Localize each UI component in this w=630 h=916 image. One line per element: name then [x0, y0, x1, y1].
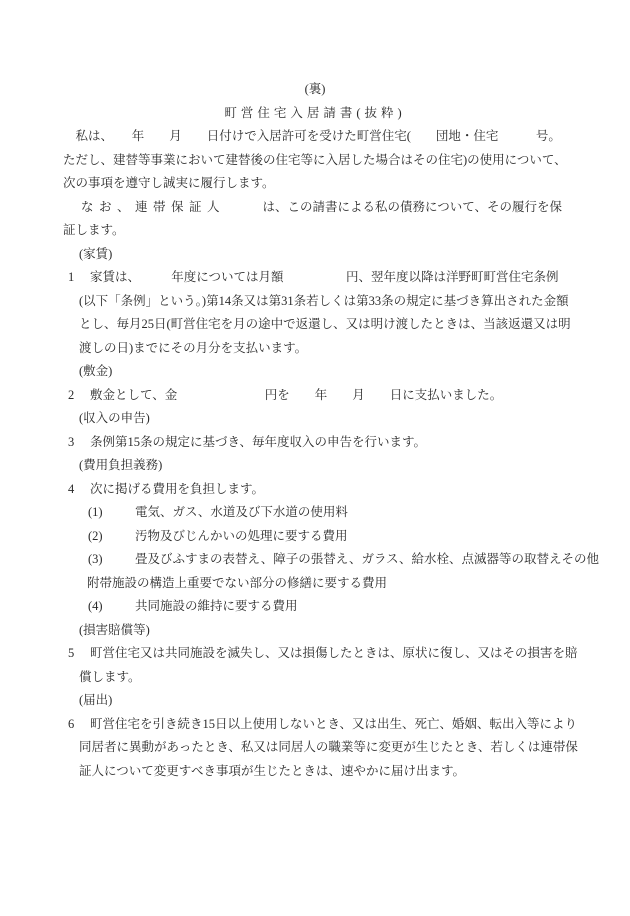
- clause-2-number: 2: [68, 384, 90, 408]
- clause-5-line-1: 5町営住宅又は共同施設を滅失し、又は損傷したときは、原状に復し、又はその損害を賠: [68, 642, 567, 666]
- guarantor-lead: なお、連帯保証人: [63, 200, 225, 214]
- clause-1-line-3: とし、毎月25日(町営住宅を月の途中で返還し、又は明け渡したときは、当該返還又は…: [79, 313, 567, 337]
- clause-4-text: 次に掲げる費用を負担します。: [90, 482, 264, 496]
- clause-4-number: 4: [68, 478, 90, 502]
- clause-4-subitem-2: (2)汚物及びじんかいの処理に要する費用: [88, 525, 567, 549]
- subitem-3-text: 畳及びふすまの表替え、障子の張替え、ガラス、給水栓、点滅器等の取替えその他: [135, 552, 599, 566]
- intro-line-2: ただし、建替等事業において建替後の住宅等に入居した場合はその住宅)の使用について…: [63, 149, 567, 173]
- clause-3-number: 3: [68, 431, 90, 455]
- section-heading-damages: (損害賠償等): [79, 619, 567, 643]
- side-label: (裏): [63, 78, 567, 102]
- subitem-1-number: (1): [88, 501, 135, 525]
- clause-2-text: 敷金として、金 円を 年 月 日に支払いました。: [90, 388, 502, 402]
- subitem-4-text: 共同施設の維持に要する費用: [135, 599, 298, 613]
- clause-1-number: 1: [68, 266, 90, 290]
- subitem-4-number: (4): [88, 595, 135, 619]
- clause-1-text: 家賃は、 年度については月額 円、翌年度以降は洋野町町営住宅条例: [90, 270, 559, 284]
- clause-4-subitem-4: (4)共同施設の維持に要する費用: [88, 595, 567, 619]
- section-heading-income: (収入の申告): [79, 407, 567, 431]
- clause-4-subitem-1: (1)電気、ガス、水道及び下水道の使用料: [88, 501, 567, 525]
- clause-5-number: 5: [68, 642, 90, 666]
- clause-5-text: 町営住宅又は共同施設を滅失し、又は損傷したときは、原状に復し、又はその損害を賠: [90, 646, 578, 660]
- clause-3-text: 条例第15条の規定に基づき、毎年度収入の申告を行います。: [90, 435, 426, 449]
- subitem-2-text: 汚物及びじんかいの処理に要する費用: [135, 529, 348, 543]
- section-heading-costs: (費用負担義務): [79, 454, 567, 478]
- clause-1-line-4: 渡しの日)までにその月分を支払います。: [79, 337, 567, 361]
- clause-6-number: 6: [68, 713, 90, 737]
- intro-line-3: 次の事項を遵守し誠実に履行します。: [63, 172, 567, 196]
- document-page: (裏) 町営住宅入居請書(抜粋) 私は、 年 月 日付けで入居許可を受けた町営住…: [0, 0, 630, 916]
- section-heading-rent: (家賃): [79, 243, 567, 267]
- section-heading-deposit: (敷金): [79, 360, 567, 384]
- section-heading-notification: (届出): [79, 689, 567, 713]
- clause-6-text: 町営住宅を引き続き15日以上使用しないとき、又は出生、死亡、婚姻、転出入等により: [90, 717, 577, 731]
- clause-6-line-2: 同居者に異動があったとき、私又は同居人の職業等に変更が生じたとき、若しくは連帯保: [79, 736, 567, 760]
- guarantor-continuation: 証します。: [63, 219, 567, 243]
- clause-1-line-2: (以下「条例」という。)第14条又は第31条若しくは第33条の規定に基づき算出さ…: [79, 290, 567, 314]
- subitem-3-number: (3): [88, 548, 135, 572]
- intro-line-1: 私は、 年 月 日付けで入居許可を受けた町営住宅( 団地・住宅 号。: [63, 125, 567, 149]
- subitem-2-number: (2): [88, 525, 135, 549]
- clause-5-line-2: 償します。: [79, 666, 567, 690]
- clause-6-line-3: 証人について変更すべき事項が生じたときは、速やかに届け出ます。: [79, 760, 567, 784]
- clause-4-subitem-3: (3)畳及びふすまの表替え、障子の張替え、ガラス、給水栓、点滅器等の取替えその他: [88, 548, 567, 572]
- clause-4-line-1: 4次に掲げる費用を負担します。: [68, 478, 567, 502]
- subitem-1-text: 電気、ガス、水道及び下水道の使用料: [135, 505, 348, 519]
- guarantor-rest: は、この請書による私の債務について、その履行を保: [225, 200, 562, 214]
- clause-1-line-1: 1家賃は、 年度については月額 円、翌年度以降は洋野町町営住宅条例: [68, 266, 567, 290]
- document-title: 町営住宅入居請書(抜粋): [63, 102, 567, 126]
- guarantor-line: なお、連帯保証人 は、この請書による私の債務について、その履行を保: [63, 196, 567, 220]
- clause-4-subitem-3-continuation: 附帯施設の構造上重要でない部分の修繕に要する費用: [87, 572, 567, 596]
- clause-2-line-1: 2敷金として、金 円を 年 月 日に支払いました。: [68, 384, 567, 408]
- clause-6-line-1: 6町営住宅を引き続き15日以上使用しないとき、又は出生、死亡、婚姻、転出入等によ…: [68, 713, 567, 737]
- clause-3-line-1: 3条例第15条の規定に基づき、毎年度収入の申告を行います。: [68, 431, 567, 455]
